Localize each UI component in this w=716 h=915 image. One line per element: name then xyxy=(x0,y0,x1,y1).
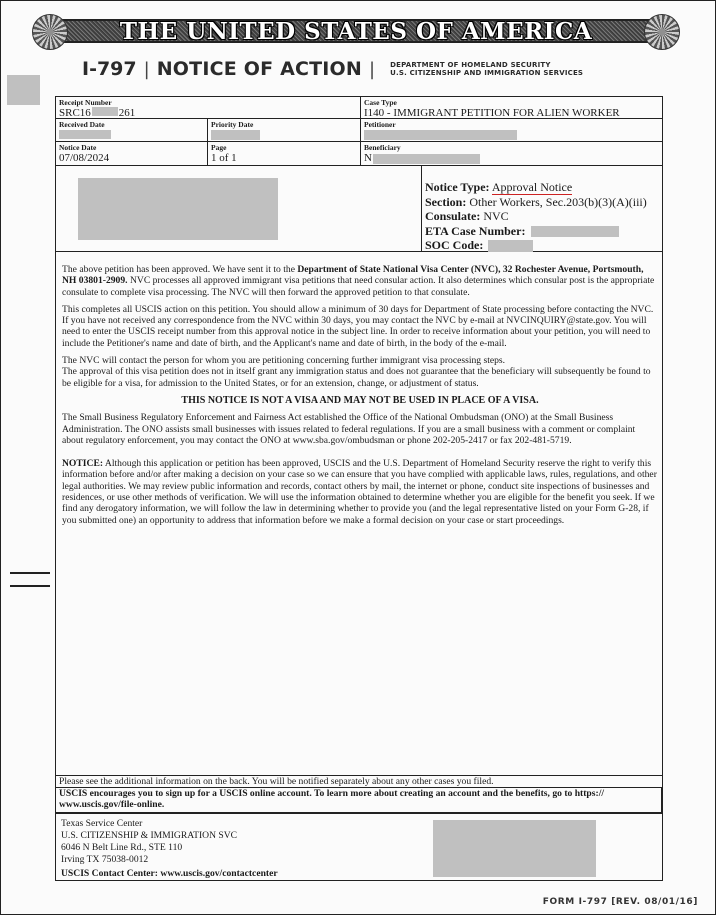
department-line-1: DEPARTMENT OF HOMELAND SECURITY xyxy=(390,61,551,69)
redacted-block xyxy=(59,130,111,139)
contact-center-text: USCIS Contact Center: www.uscis.gov/cont… xyxy=(61,868,278,879)
text: The NVC will contact the person for whom… xyxy=(62,355,505,366)
online-account-line-1: USCIS encourages you to sign up for a US… xyxy=(59,788,604,799)
scan-mark xyxy=(10,572,50,574)
notice-label: NOTICE: xyxy=(62,458,103,469)
form-revision: FORM I-797 [REV. 08/01/16] xyxy=(543,897,698,907)
redacted-block xyxy=(531,226,619,237)
redacted-block xyxy=(92,107,118,116)
notice-date-value: 07/08/2024 xyxy=(59,152,109,164)
priority-date-label: Priority Date xyxy=(211,120,253,129)
redacted-address-block xyxy=(78,178,278,240)
soc-code-label: SOC Code: xyxy=(425,238,483,252)
eta-case-number-label: ETA Case Number: xyxy=(425,224,525,238)
form-name: NOTICE OF ACTION xyxy=(157,58,362,80)
section-value: Other Workers, Sec.203(b)(3)(A)(iii) xyxy=(469,195,646,209)
beneficiary-prefix: N xyxy=(364,152,372,164)
received-date-cell: Received Date xyxy=(56,119,208,141)
received-date-label: Received Date xyxy=(59,120,105,129)
petitioner-cell: Petitioner xyxy=(361,119,663,141)
page-cell: Page 1 of 1 xyxy=(208,142,361,165)
address-line: U.S. CITIZENSHIP & IMMIGRATION SVC xyxy=(61,830,237,842)
text: The approval of this visa petition does … xyxy=(62,366,651,388)
soc-code-row: SOC Code: xyxy=(425,238,647,253)
consulate-row: Consulate: NVC xyxy=(425,209,647,224)
redacted-block xyxy=(373,154,480,164)
notice-date-cell: Notice Date 07/08/2024 xyxy=(56,142,208,165)
beneficiary-value: N xyxy=(364,152,372,164)
beneficiary-cell: Beneficiary N xyxy=(361,142,663,165)
paragraph-nvc-sent: The above petition has been approved. We… xyxy=(62,264,658,298)
receipt-number-label: Receipt Number xyxy=(59,98,112,107)
notice-type-value: Approval Notice xyxy=(492,180,572,195)
redacted-block xyxy=(364,130,517,140)
address-line: Irving TX 75038-0012 xyxy=(61,854,237,866)
section-label: Section: xyxy=(425,195,466,209)
receipt-number-cell: Receipt Number SRC16261 xyxy=(56,97,361,118)
paragraph-nvc-contact: The NVC will contact the person for whom… xyxy=(62,355,658,389)
case-type-cell: Case Type I140 - IMMIGRANT PETITION FOR … xyxy=(361,97,663,118)
service-center-address: Texas Service Center U.S. CITIZENSHIP & … xyxy=(61,818,237,866)
text: The above petition has been approved. We… xyxy=(62,264,297,275)
online-account-link[interactable]: www.uscis.gov/file-online. xyxy=(59,799,164,810)
notice-type-row: Notice Type: Approval Notice xyxy=(425,180,647,195)
paragraph-ombudsman: The Small Business Regulatory Enforcemen… xyxy=(62,412,658,446)
redacted-block xyxy=(488,240,533,252)
page-label: Page xyxy=(211,143,226,152)
recipient-address-cell xyxy=(56,166,422,251)
priority-date-cell: Priority Date xyxy=(208,119,361,141)
page-value: 1 of 1 xyxy=(211,152,237,164)
redacted-margin-block xyxy=(7,75,40,105)
notice-body: The above petition has been approved. We… xyxy=(62,264,658,532)
text: NVC processes all approved immigrant vis… xyxy=(62,275,654,297)
redacted-block xyxy=(211,130,260,140)
consulate-value: NVC xyxy=(483,209,508,223)
banner: THE UNITED STATES OF AMERICA xyxy=(32,16,680,46)
header-separator: | xyxy=(369,59,375,80)
petitioner-label: Petitioner xyxy=(364,120,396,129)
additional-info-text: Please see the additional information on… xyxy=(59,776,494,787)
department-name: DEPARTMENT OF HOMELAND SECURITY U.S. CIT… xyxy=(390,61,583,77)
paragraph-notice: NOTICE: Although this application or pet… xyxy=(62,458,658,526)
department-line-2: U.S. CITIZENSHIP AND IMMIGRATION SERVICE… xyxy=(390,69,583,77)
scan-mark xyxy=(10,585,50,587)
beneficiary-label: Beneficiary xyxy=(364,143,401,152)
section-row: Section: Other Workers, Sec.203(b)(3)(A)… xyxy=(425,195,647,210)
not-a-visa-warning: THIS NOTICE IS NOT A VISA AND MAY NOT BE… xyxy=(62,395,658,406)
consulate-label: Consulate: xyxy=(425,209,480,223)
address-line: 6046 N Belt Line Rd., STE 110 xyxy=(61,842,237,854)
notice-text: Although this application or petition ha… xyxy=(62,458,657,525)
notice-type-label: Notice Type: xyxy=(425,180,490,194)
notice-date-label: Notice Date xyxy=(59,143,96,152)
eta-case-number-row: ETA Case Number: xyxy=(425,224,647,239)
redacted-barcode-block xyxy=(433,820,596,877)
online-account-text: USCIS encourages you to sign up for a US… xyxy=(59,788,604,810)
case-type-label: Case Type xyxy=(364,98,397,107)
form-number: I-797 xyxy=(82,58,137,80)
banner-title: THE UNITED STATES OF AMERICA xyxy=(32,16,680,46)
address-line: Texas Service Center xyxy=(61,818,237,830)
notice-info: Notice Type: Approval Notice Section: Ot… xyxy=(425,180,647,253)
paragraph-uscis-complete: This completes all USCIS action on this … xyxy=(62,304,658,349)
form-header: I-797 | NOTICE OF ACTION | DEPARTMENT OF… xyxy=(82,58,583,80)
header-separator: | xyxy=(144,59,150,80)
